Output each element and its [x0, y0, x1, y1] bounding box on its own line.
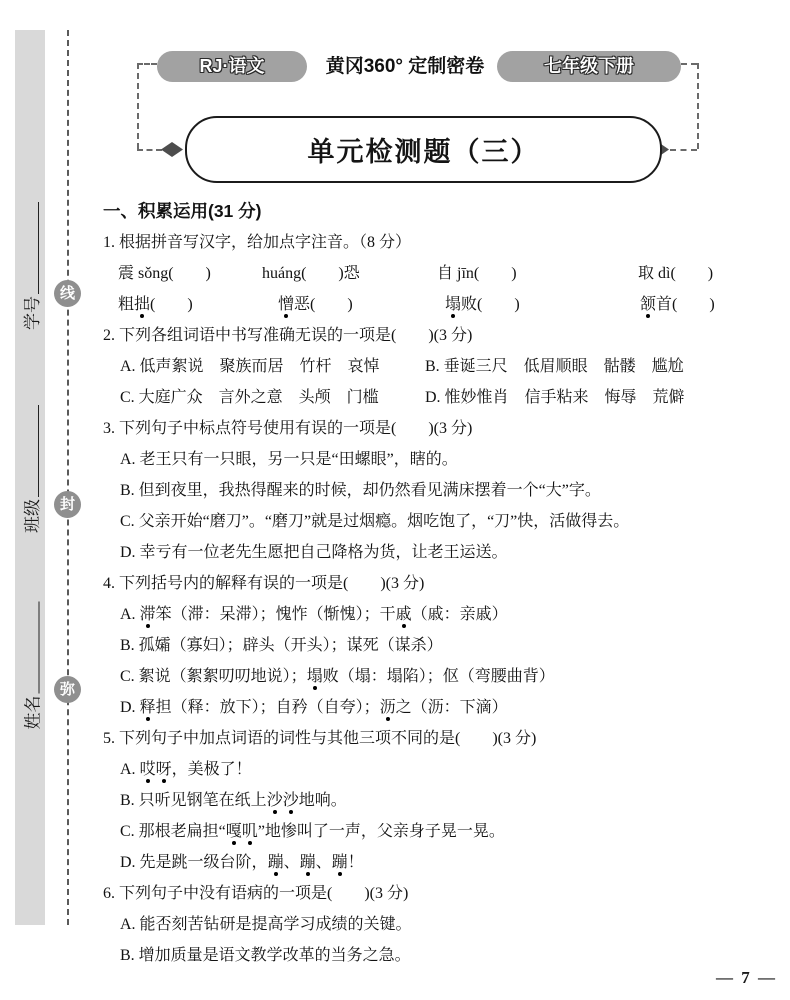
name-field: 姓名 — [18, 593, 44, 730]
dotted-char: 拙 — [134, 297, 150, 313]
question-1-pinyin-row: 震 sǒng( ) huáng( )恐 自 jīn( ) 取 dì( ) — [103, 258, 773, 289]
dotted-char: 憎 — [278, 297, 294, 313]
connector-dash — [137, 149, 162, 151]
question-4-option-b: B. 孤孀（寡妇）；辟头（开头）；谋死（谋杀） — [103, 630, 773, 661]
fill-blank-item: 颔首( ) — [640, 289, 715, 320]
question-2-options-row-1: A. 低声絮说 聚族而居 竹杆 哀悼 B. 垂诞三尺 低眉顺眼 骷髅 尴尬 — [103, 351, 773, 382]
diamond-icon — [161, 142, 183, 157]
paper-title: 单元检测题（三） — [308, 130, 540, 169]
question-3-option-a: A. 老王只有一只眼，另一只是“田螺眼”，瞎的。 — [103, 444, 773, 475]
dotted-char: 蹦 — [268, 855, 284, 871]
dotted-char: 蹦 — [332, 855, 348, 871]
connector-dash — [137, 63, 157, 65]
class-label: 班级 — [18, 499, 43, 533]
dotted-char: 呀 — [156, 762, 172, 778]
dotted-char: 叽 — [242, 824, 258, 840]
dotted-char: 塌 — [445, 297, 461, 313]
series-pill: RJ·语文 — [157, 51, 307, 82]
dotted-char: 滞 — [140, 607, 156, 623]
paper-title-box: 单元检测题（三） — [185, 116, 662, 183]
question-3-option-b: B. 但到夜里，我热得醒来的时候，却仍然看见满床摆着一个“大”字。 — [103, 475, 773, 506]
option-b: B. 垂诞三尺 低眉顺眼 骷髅 尴尬 — [425, 351, 684, 382]
section-heading: 一、积累运用(31 分) — [103, 196, 773, 227]
class-field: 班级 — [17, 393, 43, 533]
question-3-option-d: D. 幸亏有一位老先生愿把自己降格为货，让老王运送。 — [103, 537, 773, 568]
connector-dash — [670, 149, 697, 151]
fill-blank-item: 取 dì( ) — [638, 258, 713, 289]
student-id-field: 学号 — [17, 198, 43, 330]
exam-page: 学号 班级 姓名 线 封 弥 RJ·语文 黄冈360° 定制密卷 七年级下册 单… — [0, 0, 790, 1000]
connector-dash — [137, 63, 139, 149]
name-label: 姓名 — [18, 696, 43, 730]
dotted-char: 戚 — [396, 607, 412, 623]
page-number: — 7 — — [716, 968, 777, 988]
question-6-option-a: A. 能否刻苦钻研是提高学习成绩的关键。 — [103, 909, 773, 940]
question-4-option-c: C. 絮说（絮絮叨叨地说）；塌败（塌：塌陷）；伛（弯腰曲背） — [103, 661, 773, 692]
student-id-label: 学号 — [18, 296, 43, 330]
dotted-char: 沙 — [283, 793, 299, 809]
seal-badge-feng: 封 — [54, 491, 81, 518]
question-6-stem: 6. 下列句子中没有语病的一项是( )(3 分) — [103, 878, 773, 909]
question-1-stem: 1. 根据拼音写汉字，给加点字注音。（8 分） — [103, 227, 773, 258]
question-6-option-b: B. 增加质量是语文教学改革的当务之急。 — [103, 940, 773, 971]
dotted-char: 沙 — [267, 793, 283, 809]
question-5-option-b: B. 只听见钢笔在纸上沙沙地响。 — [103, 785, 773, 816]
seal-badge-line: 线 — [54, 280, 81, 307]
fill-blank-item: 憎恶( ) — [278, 289, 353, 320]
dotted-char: 颔 — [640, 297, 656, 313]
question-4-stem: 4. 下列括号内的解释有误的一项是( )(3 分) — [103, 568, 773, 599]
option-c: C. 大庭广众 言外之意 头颅 门槛 — [120, 382, 379, 413]
class-blank-line — [38, 405, 39, 497]
option-d: D. 惟妙惟肖 信手粘来 悔辱 荒僻 — [425, 382, 685, 413]
question-3-stem: 3. 下列句子中标点符号使用有误的一项是( )(3 分) — [103, 413, 773, 444]
question-4-option-d: D. 释担（释：放下）；自矜（自夸）；沥之（沥：下滴） — [103, 692, 773, 723]
exam-content: 一、积累运用(31 分) 1. 根据拼音写汉字，给加点字注音。（8 分） 震 s… — [103, 196, 773, 971]
student-id-blank-line — [38, 202, 39, 294]
question-2-options-row-2: C. 大庭广众 言外之意 头颅 门槛 D. 惟妙惟肖 信手粘来 悔辱 荒僻 — [103, 382, 773, 413]
name-blank-line — [39, 602, 40, 694]
connector-dash — [681, 63, 697, 65]
option-a: A. 低声絮说 聚族而居 竹杆 哀悼 — [120, 351, 380, 382]
question-4-option-a: A. 滞笨（滞：呆滞）；愧怍（惭愧）；干戚（戚：亲戚） — [103, 599, 773, 630]
question-5-stem: 5. 下列句子中加点词语的词性与其他三项不同的是( )(3 分) — [103, 723, 773, 754]
fill-blank-item: 塌败( ) — [445, 289, 520, 320]
fill-blank-item: huáng( )恐 — [262, 258, 360, 289]
seal-dashed-line — [67, 30, 69, 925]
dotted-char: 释 — [140, 700, 156, 716]
fill-blank-item: 自 jīn( ) — [437, 258, 517, 289]
dotted-char: 嘎 — [226, 824, 242, 840]
header-center-text: 黄冈360° 定制密卷 — [312, 52, 498, 82]
question-2-stem: 2. 下列各组词语中书写准确无误的一项是( )(3 分) — [103, 320, 773, 351]
seal-badge-mi: 弥 — [54, 676, 81, 703]
question-5-option-c: C. 那根老扁担“嘎叽”地惨叫了一声，父亲身子晃一晃。 — [103, 816, 773, 847]
connector-dash — [697, 63, 699, 149]
fill-blank-item: 震 sǒng( ) — [118, 258, 211, 289]
dotted-char: 塌 — [307, 669, 323, 685]
question-1-word-row: 粗拙( ) 憎恶( ) 塌败( ) 颔首( ) — [103, 289, 773, 320]
dotted-char: 沥 — [380, 700, 396, 716]
question-5-option-a: A. 哎呀，美极了！ — [103, 754, 773, 785]
fill-blank-item: 粗拙( ) — [118, 289, 193, 320]
question-3-option-c: C. 父亲开始“磨刀”。“磨刀”就是过烟瘾。烟吃饱了，“刀”快，活做得去。 — [103, 506, 773, 537]
question-5-option-d: D. 先是跳一级台阶，蹦、蹦、蹦！ — [103, 847, 773, 878]
dotted-char: 哎 — [140, 762, 156, 778]
grade-pill: 七年级下册 — [497, 51, 681, 82]
dotted-char: 蹦 — [300, 855, 316, 871]
